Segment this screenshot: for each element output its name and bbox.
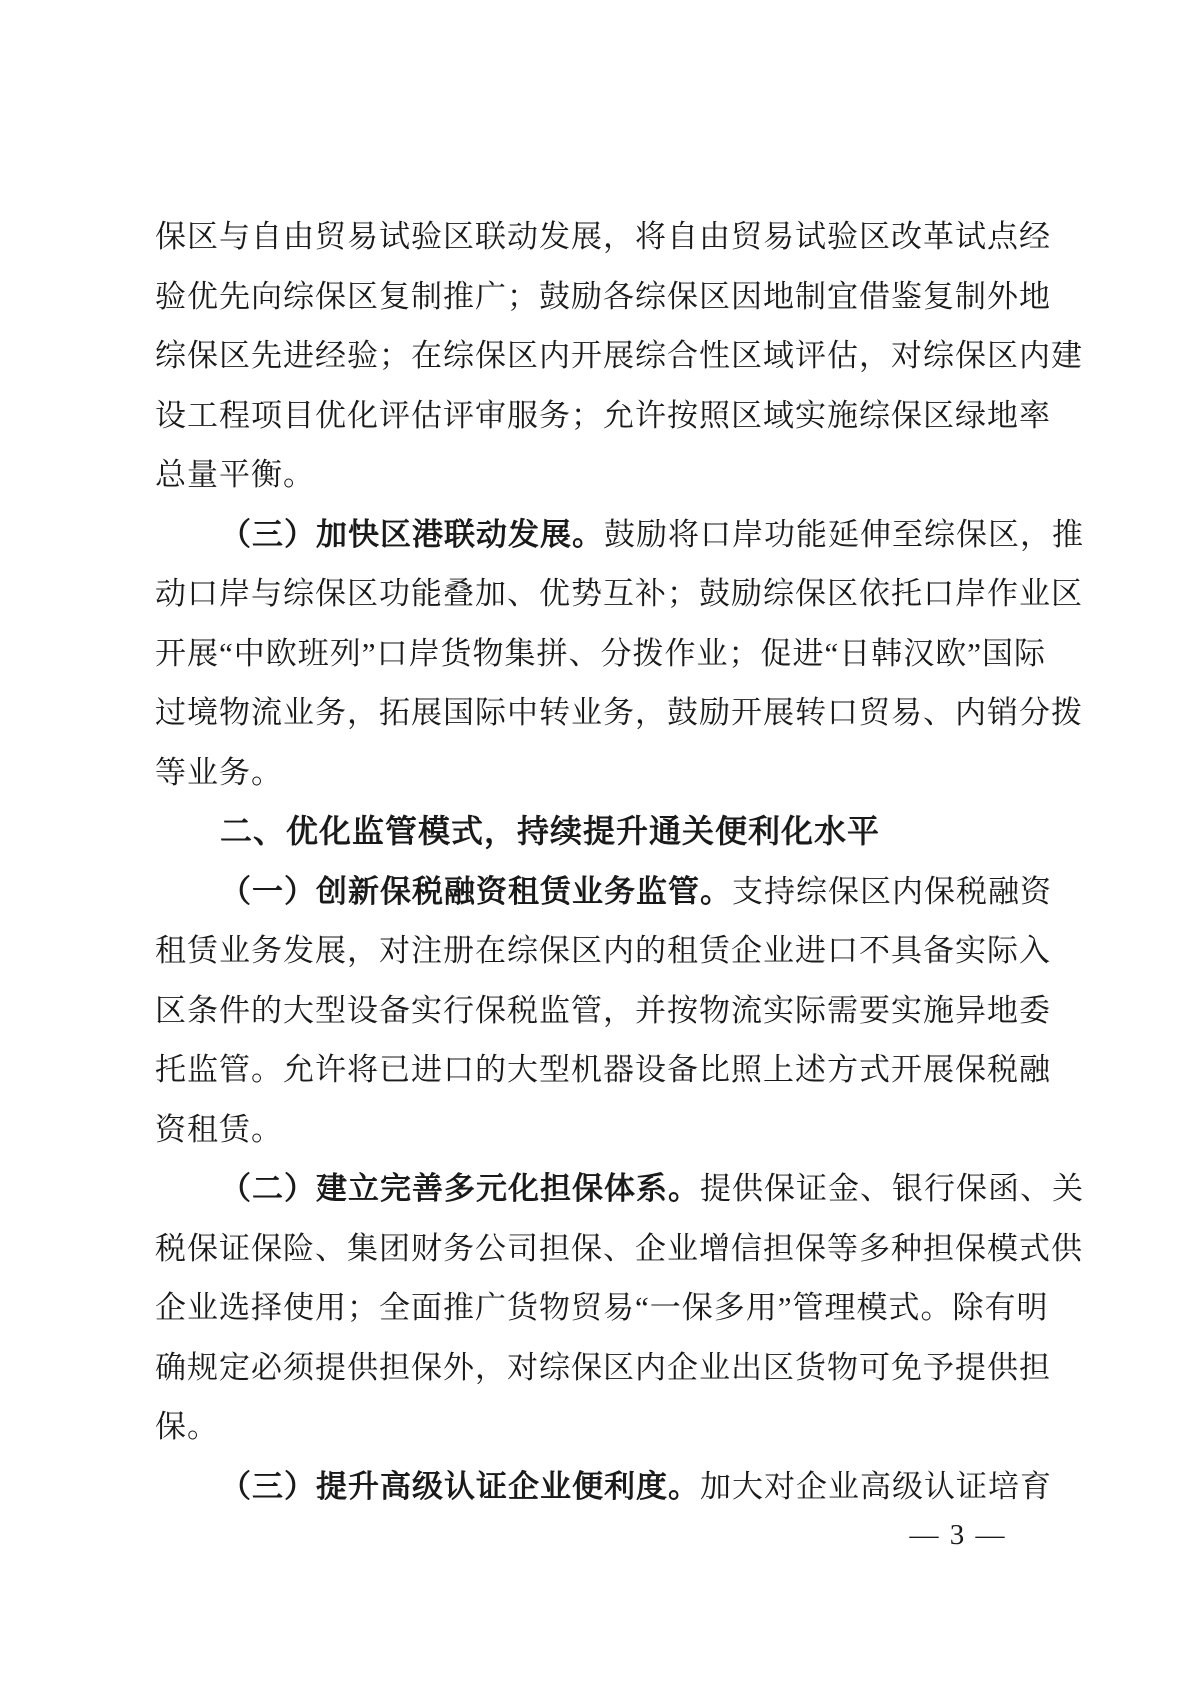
text-line: 动口岸与综保区功能叠加、优势互补；鼓励综保区依托口岸作业区 — [155, 564, 1071, 624]
document-text-block: 保区与自由贸易试验区联动发展，将自由贸易试验区改革试点经 验优先向综保区复制推广… — [155, 207, 1071, 1516]
body-text: 综保区先进经验；在综保区内开展综合性区域评估，对综保区内建 — [155, 338, 1083, 373]
text-line: 设工程项目优化评估评审服务；允许按照区域实施综保区绿地率 — [155, 386, 1071, 446]
body-text: 资租赁。 — [155, 1112, 283, 1147]
body-text: 保。 — [155, 1409, 219, 1444]
paragraph-start-line: （三）加快区港联动发展。鼓励将口岸功能延伸至综保区，推 — [155, 505, 1071, 565]
text-line: 托监管。允许将已进口的大型机器设备比照上述方式开展保税融 — [155, 1040, 1071, 1100]
body-text: 保区与自由贸易试验区联动发展，将自由贸易试验区改革试点经 — [155, 219, 1051, 254]
text-line: 租赁业务发展，对注册在综保区内的租赁企业进口不具备实际入 — [155, 921, 1071, 981]
body-text: 税保证保险、集团财务公司担保、企业增信担保等多种担保模式供 — [155, 1231, 1083, 1266]
text-line: 企业选择使用；全面推广货物贸易“一保多用”管理模式。除有明 — [155, 1278, 1071, 1338]
body-text: 动口岸与综保区功能叠加、优势互补；鼓励综保区依托口岸作业区 — [155, 576, 1083, 611]
page-number: — 3 — — [893, 1517, 1023, 1553]
body-text: 设工程项目优化评估评审服务；允许按照区域实施综保区绿地率 — [155, 398, 1051, 433]
body-text: 总量平衡。 — [155, 457, 315, 492]
text-line: 区条件的大型设备实行保税监管，并按物流实际需要实施异地委 — [155, 981, 1071, 1041]
body-text: 支持综保区内保税融资 — [732, 874, 1052, 909]
clause-heading: （一）创新保税融资租赁业务监管。 — [220, 874, 732, 909]
text-line: 综保区先进经验；在综保区内开展综合性区域评估，对综保区内建 — [155, 326, 1071, 386]
body-text: 开展“中欧班列”口岸货物集拼、分拨作业；促进“日韩汉欧”国际 — [155, 636, 1046, 671]
body-text: 托监管。允许将已进口的大型机器设备比照上述方式开展保税融 — [155, 1052, 1051, 1087]
body-text: 鼓励将口岸功能延伸至综保区，推 — [604, 517, 1084, 552]
clause-heading: （二）建立完善多元化担保体系。 — [220, 1171, 700, 1206]
body-text: 确规定必须提供担保外，对综保区内企业出区货物可免予提供担 — [155, 1350, 1051, 1385]
body-text: 企业选择使用；全面推广货物贸易“一保多用”管理模式。除有明 — [155, 1290, 1049, 1325]
text-line: 保。 — [155, 1397, 1071, 1457]
text-line: 验优先向综保区复制推广；鼓励各综保区因地制宜借鉴复制外地 — [155, 267, 1071, 327]
paragraph-start-line: （三）提升高级认证企业便利度。加大对企业高级认证培育 — [155, 1457, 1071, 1517]
text-line: 保区与自由贸易试验区联动发展，将自由贸易试验区改革试点经 — [155, 207, 1071, 267]
text-line: 资租赁。 — [155, 1100, 1071, 1160]
text-line: 开展“中欧班列”口岸货物集拼、分拨作业；促进“日韩汉欧”国际 — [155, 624, 1071, 684]
text-line: 过境物流业务，拓展国际中转业务，鼓励开展转口贸易、内销分拨 — [155, 683, 1071, 743]
clause-heading: （三）提升高级认证企业便利度。 — [220, 1469, 700, 1504]
document-page: 保区与自由贸易试验区联动发展，将自由贸易试验区改革试点经 验优先向综保区复制推广… — [0, 0, 1200, 1703]
text-line: 等业务。 — [155, 743, 1071, 803]
body-text: 区条件的大型设备实行保税监管，并按物流实际需要实施异地委 — [155, 993, 1051, 1028]
body-text: 租赁业务发展，对注册在综保区内的租赁企业进口不具备实际入 — [155, 933, 1051, 968]
body-text: 加大对企业高级认证培育 — [700, 1469, 1052, 1504]
text-line: 税保证保险、集团财务公司担保、企业增信担保等多种担保模式供 — [155, 1219, 1071, 1279]
body-text: 过境物流业务，拓展国际中转业务，鼓励开展转口贸易、内销分拨 — [155, 695, 1083, 730]
section-heading: 二、优化监管模式，持续提升通关便利化水平 — [155, 802, 1071, 862]
text-line: 总量平衡。 — [155, 445, 1071, 505]
body-text: 等业务。 — [155, 755, 283, 790]
text-line: 确规定必须提供担保外，对综保区内企业出区货物可免予提供担 — [155, 1338, 1071, 1398]
clause-heading: （三）加快区港联动发展。 — [220, 517, 604, 552]
paragraph-start-line: （一）创新保税融资租赁业务监管。支持综保区内保税融资 — [155, 862, 1071, 922]
paragraph-start-line: （二）建立完善多元化担保体系。提供保证金、银行保函、关 — [155, 1159, 1071, 1219]
body-text: 验优先向综保区复制推广；鼓励各综保区因地制宜借鉴复制外地 — [155, 279, 1051, 314]
section-heading-text: 二、优化监管模式，持续提升通关便利化水平 — [220, 813, 880, 849]
body-text: 提供保证金、银行保函、关 — [700, 1171, 1084, 1206]
